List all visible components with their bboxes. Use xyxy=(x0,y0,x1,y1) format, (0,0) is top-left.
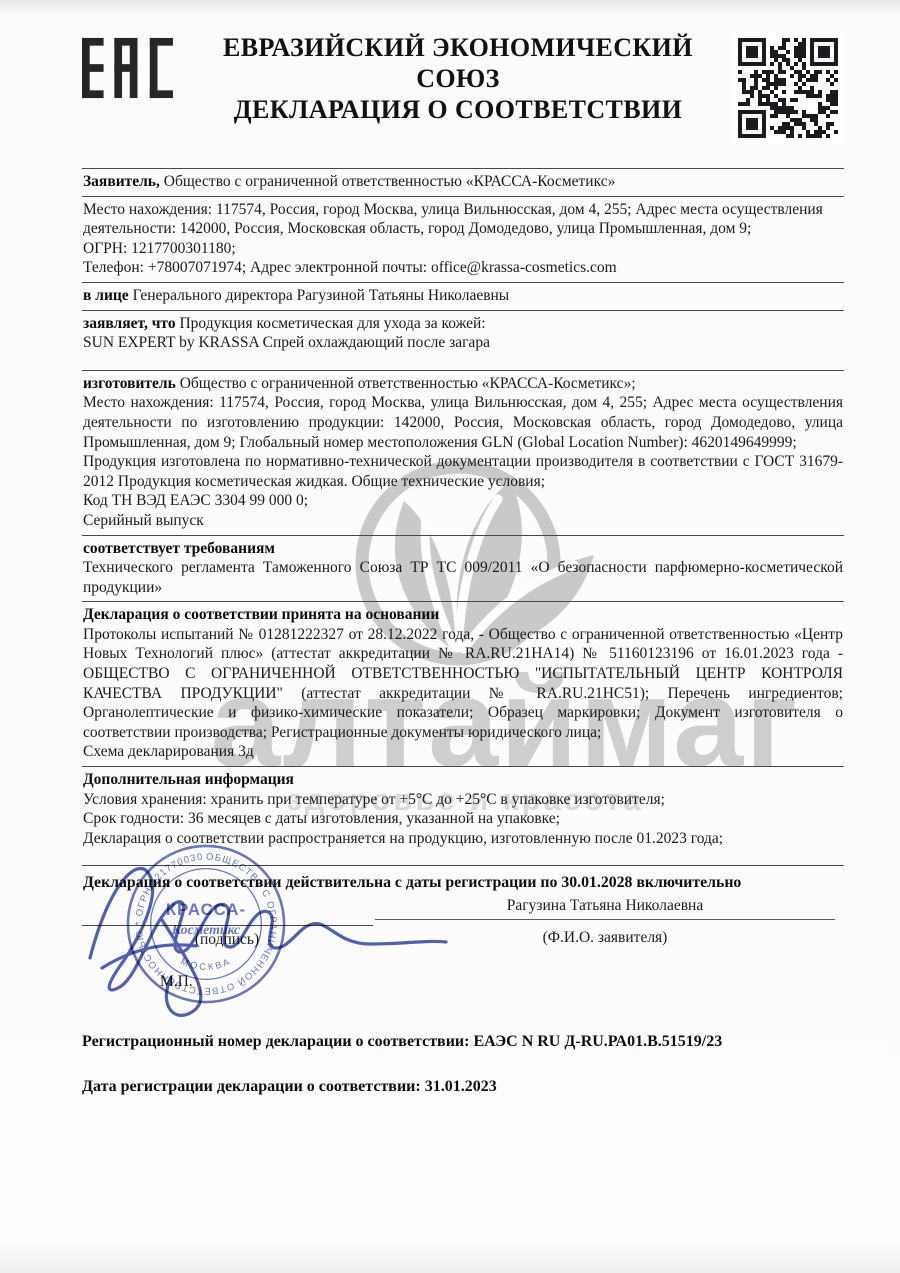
shelf-life: Срок годности: 36 месяцев с даты изготов… xyxy=(83,809,843,829)
basis-label: Декларация о соответствии принята на осн… xyxy=(83,606,439,623)
eac-logo-icon xyxy=(82,28,176,108)
applicant-label: Заявитель, xyxy=(83,173,160,190)
applicant-name: Общество с ограниченной ответственностью… xyxy=(164,173,616,190)
manufacturer-label: изготовитель xyxy=(83,375,176,392)
compliance-row: соответствует требованиям Технического р… xyxy=(82,536,844,603)
registration-date: Дата регистрации декларации о соответств… xyxy=(82,1078,844,1096)
header: ЕВРАЗИЙСКИЙ ЭКОНОМИЧЕСКИЙ СОЮЗ ДЕКЛАРАЦИ… xyxy=(82,24,844,144)
product-name: SUN EXPERT by KRASSA Спрей охлаждающий п… xyxy=(83,333,843,353)
document-page: алтаймаг здоровье и красота ЕВРАЗИЙСКИЙ … xyxy=(0,0,900,1273)
signature-scribble-icon xyxy=(74,850,474,1025)
declaration-body: Заявитель, Общество с ограниченной ответ… xyxy=(82,168,844,866)
declares-text: Продукция косметическая для ухода за кож… xyxy=(179,315,485,332)
applicant-row: Заявитель, Общество с ограниченной ответ… xyxy=(82,169,844,197)
manufacturer-row: изготовитель Общество с ограниченной отв… xyxy=(82,371,844,536)
person-label: в лице xyxy=(83,287,129,304)
declares-row: заявляет, что Продукция косметическая дл… xyxy=(82,311,844,371)
declaration-scheme: Схема декларирования 3д xyxy=(83,742,843,762)
basis-row: Декларация о соответствии принята на осн… xyxy=(82,602,844,767)
person-row: в лице Генерального директора Рагузиной … xyxy=(82,283,844,311)
person-name: Генерального директора Рагузиной Татьяны… xyxy=(133,287,510,304)
compliance-label: соответствует требованиям xyxy=(83,540,275,557)
applicant-contacts: Телефон: +78007071974; Адрес электронной… xyxy=(83,258,843,278)
declares-label: заявляет, что xyxy=(83,315,176,332)
manufacturer-address: Место нахождения: 117574, Россия, город … xyxy=(83,393,843,452)
storage-conditions: Условия хранения: хранить при температур… xyxy=(83,790,843,810)
manufacturer-name: Общество с ограниченной ответственностью… xyxy=(180,375,636,392)
serial-release: Серийный выпуск xyxy=(83,511,843,531)
document-title-line1: ЕВРАЗИЙСКИЙ ЭКОНОМИЧЕСКИЙ СОЮЗ xyxy=(190,32,726,94)
basis-text: Протоколы испытаний № 01281222327 от 28.… xyxy=(83,625,843,743)
manufacturer-docs: Продукция изготовлена по нормативно-техн… xyxy=(83,452,843,491)
applicant-address: Место нахождения: 117574, Россия, город … xyxy=(83,200,843,239)
registration-number: Регистрационный номер декларации о соотв… xyxy=(82,1033,844,1051)
applicant-ogrn: ОГРН: 1217700301180; xyxy=(83,239,843,259)
tnved-code: Код ТН ВЭД ЕАЭС 3304 99 000 0; xyxy=(83,491,843,511)
document-title: ЕВРАЗИЙСКИЙ ЭКОНОМИЧЕСКИЙ СОЮЗ ДЕКЛАРАЦИ… xyxy=(176,24,732,125)
document-title-line2: ДЕКЛАРАЦИЯ О СООТВЕТСТВИИ xyxy=(190,94,726,125)
applicant-details-row: Место нахождения: 117574, Россия, город … xyxy=(82,197,844,283)
qr-code xyxy=(732,32,844,144)
additional-info-label: Дополнительная информация xyxy=(83,771,294,788)
compliance-text: Технического регламента Таможенного Союз… xyxy=(83,558,843,597)
